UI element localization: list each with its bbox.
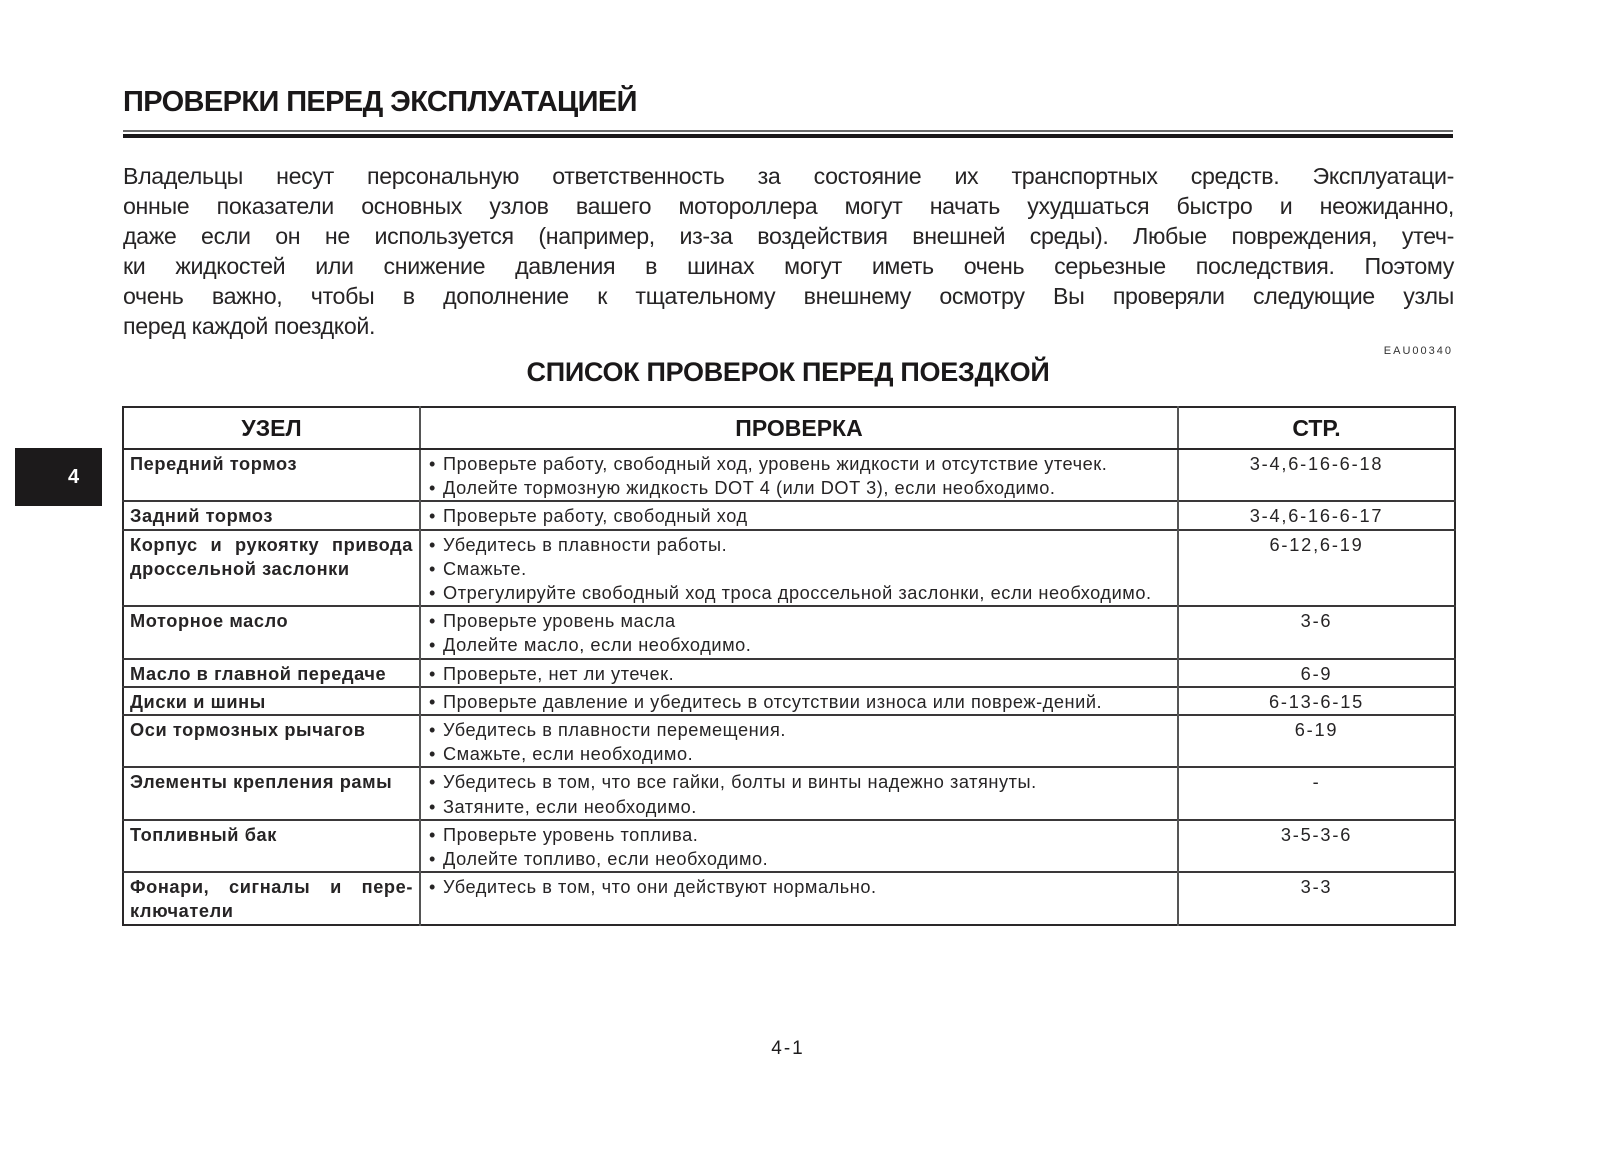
table-row: Оси тормозных рычаговУбедитесь в плавнос… — [123, 715, 1455, 767]
check-item: Долейте масло, если необходимо. — [427, 633, 1171, 657]
pages-cell: 3-6 — [1178, 606, 1455, 658]
pre-ride-checklist-table: УЗЕЛ ПРОВЕРКА СТР. Передний тормозПровер… — [122, 406, 1456, 926]
check-item: Проверьте, нет ли утечек. — [427, 662, 1171, 686]
check-item: Проверьте работу, свободный ход, уровень… — [427, 452, 1171, 476]
check-cell: Убедитесь в плавности работы.Смажьте.Отр… — [420, 530, 1178, 607]
intro-line: ки жидкостей или снижение давления в шин… — [123, 251, 1454, 281]
table-row: Фонари, сигналы и пере-ключателиУбедитес… — [123, 872, 1455, 924]
part-cell: Диски и шины — [123, 687, 420, 715]
check-cell: Убедитесь в том, что все гайки, болты и … — [420, 767, 1178, 819]
header-pages: СТР. — [1178, 407, 1455, 449]
part-cell: Моторное масло — [123, 606, 420, 658]
intro-line: Владельцы несут персональную ответственн… — [123, 161, 1454, 191]
check-item: Смажьте. — [427, 557, 1171, 581]
check-cell: Проверьте давление и убедитесь в отсутст… — [420, 687, 1178, 715]
check-item: Долейте тормозную жидкость DOT 4 (или DO… — [427, 476, 1171, 500]
intro-line: очень важно, чтобы в дополнение к тщател… — [123, 281, 1454, 311]
check-item: Затяните, если необходимо. — [427, 795, 1171, 819]
check-item: Проверьте уровень масла — [427, 609, 1171, 633]
title-rule-thick-divider — [123, 134, 1453, 138]
header-part: УЗЕЛ — [123, 407, 420, 449]
part-cell: Передний тормоз — [123, 449, 420, 501]
table-row: Диски и шиныПроверьте давление и убедите… — [123, 687, 1455, 715]
title-rule-thin-divider — [123, 130, 1453, 132]
part-cell: Топливный бак — [123, 820, 420, 872]
part-cell: Масло в главной передаче — [123, 659, 420, 687]
intro-line: онные показатели основных узлов вашего м… — [123, 191, 1454, 221]
page-number: 4-1 — [0, 1038, 1576, 1060]
intro-line: перед каждой поездкой. — [123, 311, 1454, 341]
check-item: Убедитесь в плавности работы. — [427, 533, 1171, 557]
chapter-tab: 4 — [15, 448, 102, 506]
table-body: Передний тормозПроверьте работу, свободн… — [123, 449, 1455, 925]
part-cell: Фонари, сигналы и пере-ключатели — [123, 872, 420, 924]
check-cell: Проверьте уровень топлива.Долейте топлив… — [420, 820, 1178, 872]
pages-cell: 3-3 — [1178, 872, 1455, 924]
pages-cell: 6-9 — [1178, 659, 1455, 687]
pages-cell: 6-19 — [1178, 715, 1455, 767]
check-item: Смажьте, если необходимо. — [427, 742, 1171, 766]
pages-cell: 6-12,6-19 — [1178, 530, 1455, 607]
check-cell: Проверьте работу, свободный ход — [420, 501, 1178, 529]
table-header-row: УЗЕЛ ПРОВЕРКА СТР. — [123, 407, 1455, 449]
check-item: Убедитесь в плавности перемещения. — [427, 718, 1171, 742]
pages-cell: - — [1178, 767, 1455, 819]
check-cell: Убедитесь в том, что они действуют норма… — [420, 872, 1178, 924]
check-cell: Убедитесь в плавности перемещения.Смажьт… — [420, 715, 1178, 767]
check-cell: Проверьте работу, свободный ход, уровень… — [420, 449, 1178, 501]
check-cell: Проверьте, нет ли утечек. — [420, 659, 1178, 687]
pages-cell: 3-4,6-16-6-17 — [1178, 501, 1455, 529]
section-title: СПИСОК ПРОВЕРОК ПЕРЕД ПОЕЗДКОЙ — [0, 357, 1576, 388]
table-row: Топливный бакПроверьте уровень топлива.Д… — [123, 820, 1455, 872]
page-title: ПРОВЕРКИ ПЕРЕД ЭКСПЛУАТАЦИЕЙ — [123, 86, 637, 119]
check-item: Убедитесь в том, что они действуют норма… — [427, 875, 1171, 899]
chapter-number: 4 — [38, 466, 79, 489]
check-item: Убедитесь в том, что все гайки, болты и … — [427, 770, 1171, 794]
table-row: Корпус и рукоятку привода дроссельной за… — [123, 530, 1455, 607]
check-item: Проверьте уровень топлива. — [427, 823, 1171, 847]
part-cell: Элементы крепления рамы — [123, 767, 420, 819]
table-row: Моторное маслоПроверьте уровень маслаДол… — [123, 606, 1455, 658]
check-item: Отрегулируйте свободный ход троса дроссе… — [427, 581, 1171, 605]
table-row: Элементы крепления рамыУбедитесь в том, … — [123, 767, 1455, 819]
intro-paragraph: Владельцы несут персональную ответственн… — [123, 161, 1454, 342]
check-cell: Проверьте уровень маслаДолейте масло, ес… — [420, 606, 1178, 658]
header-check: ПРОВЕРКА — [420, 407, 1178, 449]
pages-cell: 3-4,6-16-6-18 — [1178, 449, 1455, 501]
table-row: Передний тормозПроверьте работу, свободн… — [123, 449, 1455, 501]
part-cell: Задний тормоз — [123, 501, 420, 529]
check-item: Проверьте давление и убедитесь в отсутст… — [427, 690, 1171, 714]
pages-cell: 6-13-6-15 — [1178, 687, 1455, 715]
reference-code: EAU00340 — [1384, 345, 1453, 357]
table-row: Масло в главной передачеПроверьте, нет л… — [123, 659, 1455, 687]
check-item: Долейте топливо, если необходимо. — [427, 847, 1171, 871]
pages-cell: 3-5-3-6 — [1178, 820, 1455, 872]
intro-line: даже если он не используется (например, … — [123, 221, 1454, 251]
table-row: Задний тормозПроверьте работу, свободный… — [123, 501, 1455, 529]
check-item: Проверьте работу, свободный ход — [427, 504, 1171, 528]
part-cell: Корпус и рукоятку привода дроссельной за… — [123, 530, 420, 607]
part-cell: Оси тормозных рычагов — [123, 715, 420, 767]
